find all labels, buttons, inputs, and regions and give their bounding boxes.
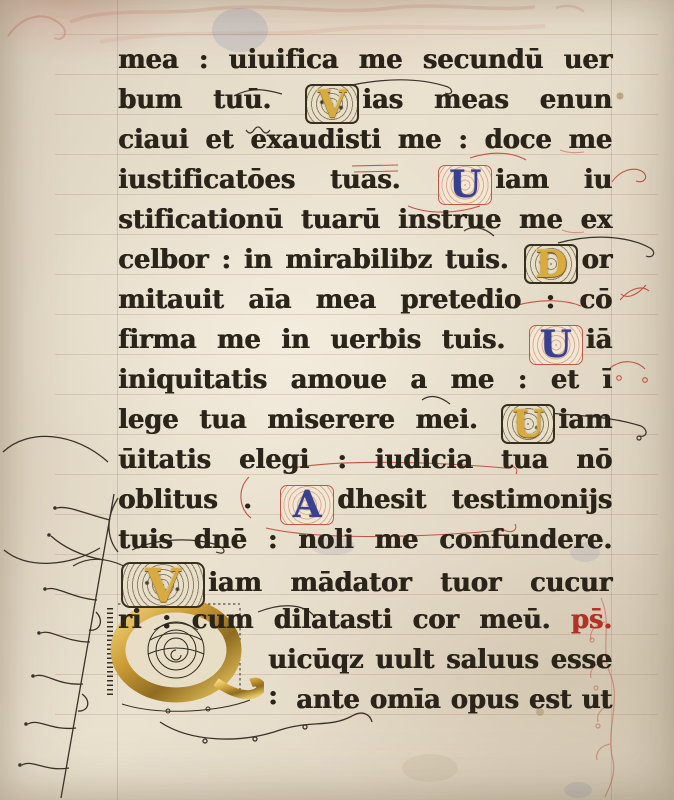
text-line: lege tua miserere mei. Uiam (118, 402, 612, 442)
text-line: Viam mādator tuor cucur (118, 562, 612, 602)
text-segment: firma me in uerbis tuis. (118, 325, 526, 355)
text-line: bum tuū. Vias meas enun (118, 82, 612, 122)
illuminated-initial-d: D (524, 244, 578, 284)
rubric-ps: ps̄. (571, 605, 612, 635)
text-segment: oblitus . (118, 485, 277, 515)
illuminated-initial-u: U (529, 325, 583, 365)
text-line: iniquitatis amoue a me : et ī (118, 362, 612, 402)
text-segment: ias meas enun (362, 85, 612, 115)
text-segment: ri : cum dilatasti cor meū. (118, 605, 571, 635)
text-segment: iam mādator tuor cucur (208, 568, 612, 598)
text-line: oblitus . Adhesit testimonijs (118, 482, 612, 522)
text-line: ūitatis elegi : iudicia tua nō (118, 442, 612, 482)
text-line: iustificatōes tuas. Uiam iu (118, 162, 612, 202)
text-line: firma me in uerbis tuis. Uiā (118, 322, 612, 362)
text-segment: ūitatis elegi : iudicia tua nō (118, 445, 612, 475)
text-block: mea : uiuifica me secundū uerbum tuū. Vi… (0, 0, 674, 800)
illuminated-initial-v: V (305, 84, 359, 124)
text-line: mea : uiuifica me secundū uer (118, 42, 612, 82)
text-line: uicūqz uult saluus esse : (268, 642, 612, 682)
text-segment: mea : uiuifica me secundū uer (118, 45, 612, 75)
text-segment: bum tuū. (118, 85, 302, 115)
text-line: mitauit aīa mea pretedio : cō (118, 282, 612, 322)
text-segment: iam (558, 405, 612, 435)
text-segment: mitauit aīa mea pretedio : cō (118, 285, 612, 315)
illuminated-initial-u: U (438, 165, 492, 205)
text-line: tuis dnē : noli me confundere. (118, 522, 612, 562)
text-line: celbor : in mirabilibz tuis. Dor (118, 242, 612, 282)
text-segment: iam iu (495, 165, 612, 195)
text-segment: lege tua miserere mei. (118, 405, 498, 435)
text-line: ciaui et exaudisti me : doce me (118, 122, 612, 162)
text-segment: tuis dnē : noli me confundere. (118, 525, 612, 555)
illuminated-initial-u: U (501, 404, 555, 444)
text-segment: dhesit testimonijs (337, 485, 612, 515)
text-segment: ante omīa opus est ut (296, 685, 612, 715)
text-segment: iniquitatis amoue a me : et ī (118, 365, 612, 395)
text-segment: or (581, 245, 612, 275)
text-segment: iustificatōes tuas. (118, 165, 435, 195)
text-segment: iā (586, 325, 612, 355)
manuscript-page: mea : uiuifica me secundū uerbum tuū. Vi… (0, 0, 674, 800)
text-segment: ciaui et exaudisti me : doce me (118, 125, 612, 155)
text-segment: stificationū tuarū instrue me ex (118, 205, 612, 235)
text-segment: celbor : in mirabilibz tuis. (118, 245, 521, 275)
illuminated-initial-a: A (280, 485, 334, 525)
text-line: ante omīa opus est ut (296, 682, 612, 722)
text-line: stificationū tuarū instrue me ex (118, 202, 612, 242)
text-line: ri : cum dilatasti cor meū. ps̄. (118, 602, 612, 642)
